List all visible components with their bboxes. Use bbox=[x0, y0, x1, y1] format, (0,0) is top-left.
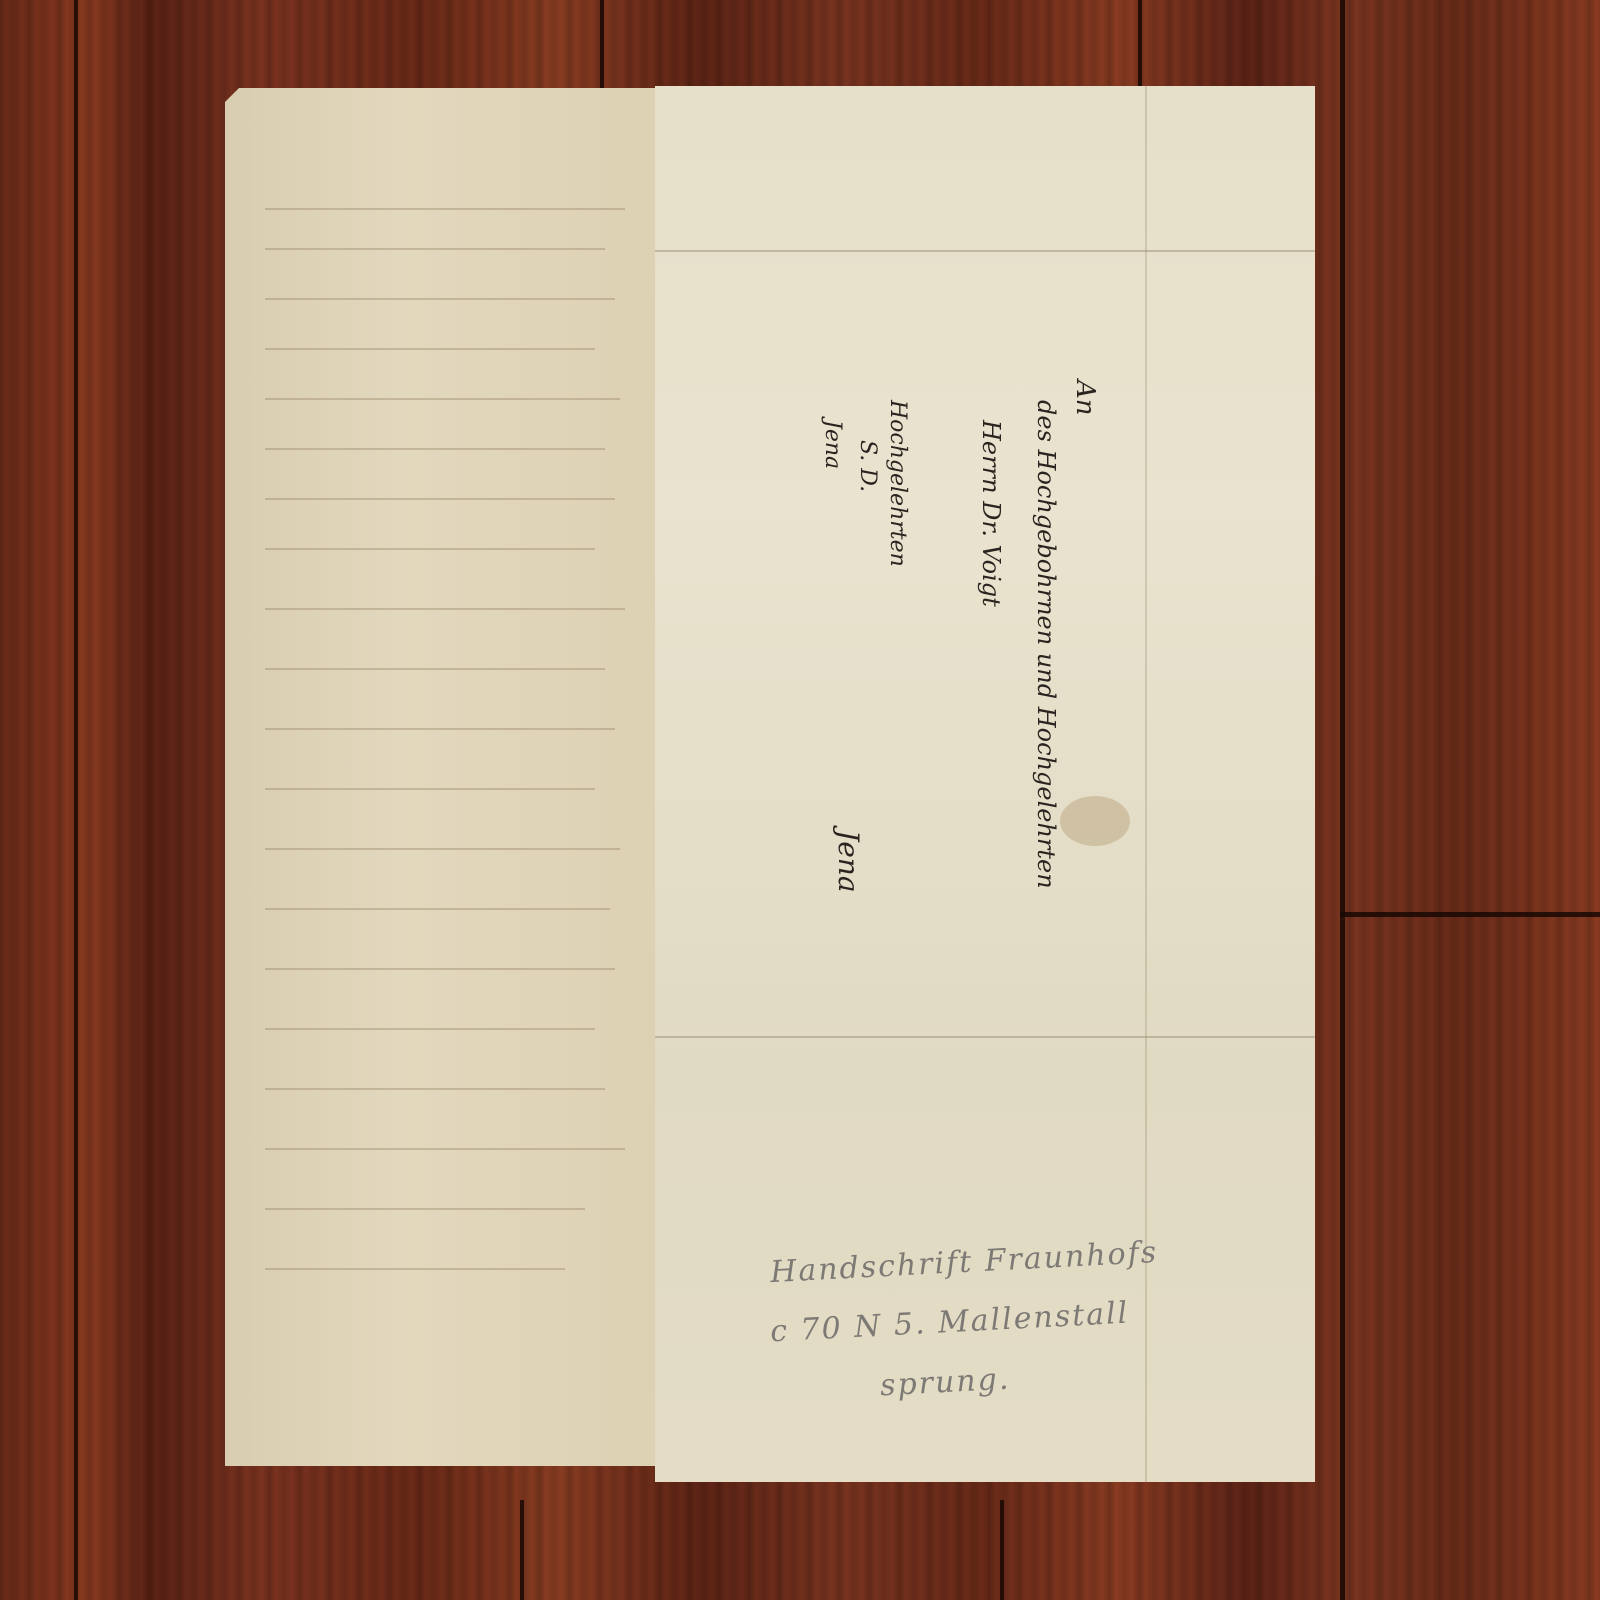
bleed-through-text-line bbox=[265, 668, 605, 670]
address-block: An des Hochgebohrnen und Hochgelehrten H… bbox=[800, 360, 1130, 920]
address-salutation: An bbox=[1070, 380, 1100, 416]
bleed-through-text-line bbox=[265, 348, 595, 350]
bleed-through-text-line bbox=[265, 208, 625, 210]
bleed-through-text-line bbox=[265, 1028, 595, 1030]
bleed-through-text-line bbox=[265, 968, 615, 970]
bleed-through-text-line bbox=[265, 1268, 565, 1270]
bleed-through-text-line bbox=[265, 548, 595, 550]
wood-plank-seam bbox=[1340, 0, 1345, 1600]
pencil-annotation-line-3: sprung. bbox=[879, 1362, 1011, 1404]
paper-fold-line bbox=[1145, 86, 1147, 1482]
wood-plank-seam bbox=[1000, 1500, 1004, 1600]
bleed-through-text-line bbox=[265, 498, 615, 500]
wood-plank-seam bbox=[600, 0, 604, 90]
address-line-1: des Hochgebohrnen und Hochgelehrten bbox=[1032, 400, 1060, 889]
bleed-through-text-line bbox=[265, 248, 605, 250]
paper-fold-line bbox=[655, 1036, 1315, 1038]
wood-plank-seam bbox=[520, 1500, 524, 1600]
bleed-through-text-line bbox=[265, 1148, 625, 1150]
bleed-through-text-line bbox=[265, 848, 620, 850]
bleed-through-text-line bbox=[265, 398, 620, 400]
address-city: Jena bbox=[832, 830, 865, 893]
address-side-note-3: Jena bbox=[820, 420, 845, 469]
bleed-through-text-line bbox=[265, 728, 615, 730]
address-line-2: Herrn Dr. Voigt bbox=[977, 420, 1005, 607]
bleed-through-text-line bbox=[265, 608, 625, 610]
address-side-note-1: Hochgelehrten bbox=[885, 400, 910, 567]
address-side-note-2: S. D. bbox=[855, 440, 880, 492]
paper-fold-line bbox=[655, 250, 1315, 252]
wood-plank-seam bbox=[1138, 0, 1142, 90]
letter-back-panel bbox=[225, 88, 665, 1466]
bleed-through-text-line bbox=[265, 788, 595, 790]
bleed-through-text-line bbox=[265, 298, 615, 300]
wood-plank-seam bbox=[1340, 912, 1600, 917]
bleed-through-text-line bbox=[265, 908, 610, 910]
bleed-through-text-line bbox=[265, 1208, 585, 1210]
bleed-through-text-line bbox=[265, 448, 605, 450]
wood-plank-seam bbox=[74, 0, 78, 1600]
bleed-through-text-line bbox=[265, 1088, 605, 1090]
